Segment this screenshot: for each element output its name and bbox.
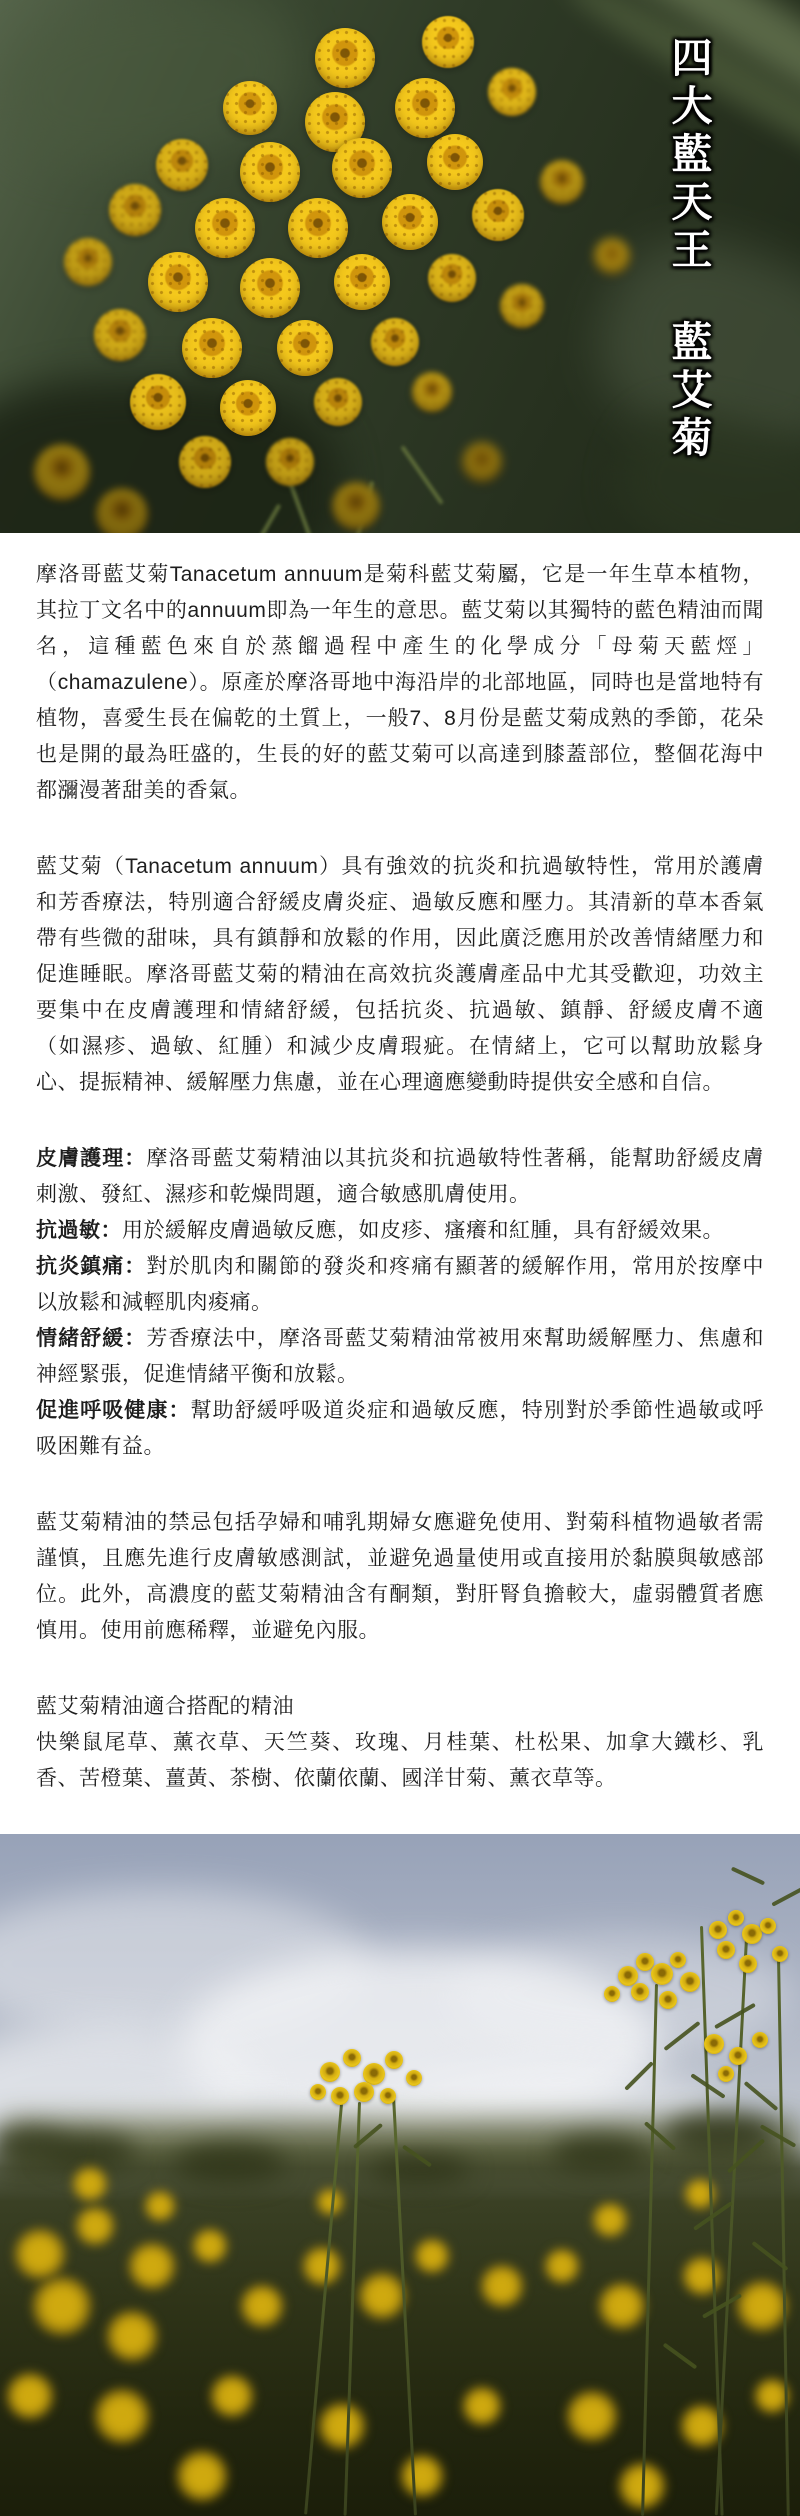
article-body: 摩洛哥藍艾菊Tanacetum annuum是菊科藍艾菊屬，它是一年生草本植物，… (0, 533, 800, 1834)
hero-photo: 四大藍天王 藍艾菊 (0, 0, 800, 533)
benefit-label-anti-inflammatory: 抗炎鎮痛： (36, 1255, 146, 1278)
hero-title-top: 四大藍天王 (668, 34, 716, 274)
benefit-label-respiratory-health: 促進呼吸健康： (36, 1399, 191, 1422)
benefit-text-skin-care: 摩洛哥藍艾菊精油以其抗炎和抗過敏特性著稱，能幫助舒緩皮膚刺激、發紅、濕疹和乾燥問… (36, 1147, 764, 1206)
benefits-list: 皮膚護理：摩洛哥藍艾菊精油以其抗炎和抗過敏特性著稱，能幫助舒緩皮膚刺激、發紅、濕… (36, 1141, 764, 1465)
benefit-text-emotional-soothing: 芳香療法中，摩洛哥藍艾菊精油常被用來幫助緩解壓力、焦慮和神經緊張，促進情緒平衡和… (36, 1327, 764, 1386)
benefit-item-anti-allergy: 抗過敏：用於緩解皮膚過敏反應，如皮疹、瘙癢和紅腫，具有舒緩效果。 (36, 1213, 764, 1249)
benefit-label-emotional-soothing: 情緒舒緩： (36, 1327, 146, 1350)
benefit-item-anti-inflammatory: 抗炎鎮痛：對於肌肉和關節的發炎和疼痛有顯著的緩解作用，常用於按摩中以放鬆和減輕肌… (36, 1249, 764, 1321)
benefit-item-emotional-soothing: 情緒舒緩：芳香療法中，摩洛哥藍艾菊精油常被用來幫助緩解壓力、焦慮和神經緊張，促進… (36, 1321, 764, 1393)
benefit-label-skin-care: 皮膚護理： (36, 1147, 146, 1170)
hero-title-bottom: 藍艾菊 (668, 318, 716, 462)
benefit-text-anti-allergy: 用於緩解皮膚過敏反應，如皮疹、瘙癢和紅腫，具有舒緩效果。 (122, 1219, 724, 1242)
paragraph-properties: 藍艾菊（Tanacetum annuum）具有強效的抗炎和抗過敏特性，常用於護膚… (36, 849, 764, 1101)
pairing-title: 藍艾菊精油適合搭配的精油 (36, 1689, 764, 1725)
benefit-label-anti-allergy: 抗過敏： (36, 1219, 122, 1242)
paragraph-cautions: 藍艾菊精油的禁忌包括孕婦和哺乳期婦女應避免使用、對菊科植物過敏者需謹慎，且應先進… (36, 1505, 764, 1649)
benefit-item-respiratory-health: 促進呼吸健康：幫助舒緩呼吸道炎症和過敏反應，特別對於季節性過敏或呼吸困難有益。 (36, 1393, 764, 1465)
benefit-text-anti-inflammatory: 對於肌肉和關節的發炎和疼痛有顯著的緩解作用，常用於按摩中以放鬆和減輕肌肉痠痛。 (36, 1255, 764, 1314)
benefit-item-skin-care: 皮膚護理：摩洛哥藍艾菊精油以其抗炎和抗過敏特性著稱，能幫助舒緩皮膚刺激、發紅、濕… (36, 1141, 764, 1213)
pairing-section: 藍艾菊精油適合搭配的精油 快樂鼠尾草、薰衣草、天竺葵、玫瑰、月桂葉、杜松果、加拿… (36, 1689, 764, 1797)
pairing-list: 快樂鼠尾草、薰衣草、天竺葵、玫瑰、月桂葉、杜松果、加拿大鐵杉、乳香、苦橙葉、薑黃… (36, 1725, 764, 1797)
field-photo (0, 1834, 800, 2516)
article-page: 四大藍天王 藍艾菊 摩洛哥藍艾菊Tanacetum annuum是菊科藍艾菊屬，… (0, 0, 800, 2516)
hero-vertical-title: 四大藍天王 藍艾菊 (668, 34, 716, 462)
paragraph-intro: 摩洛哥藍艾菊Tanacetum annuum是菊科藍艾菊屬，它是一年生草本植物，… (36, 557, 764, 809)
